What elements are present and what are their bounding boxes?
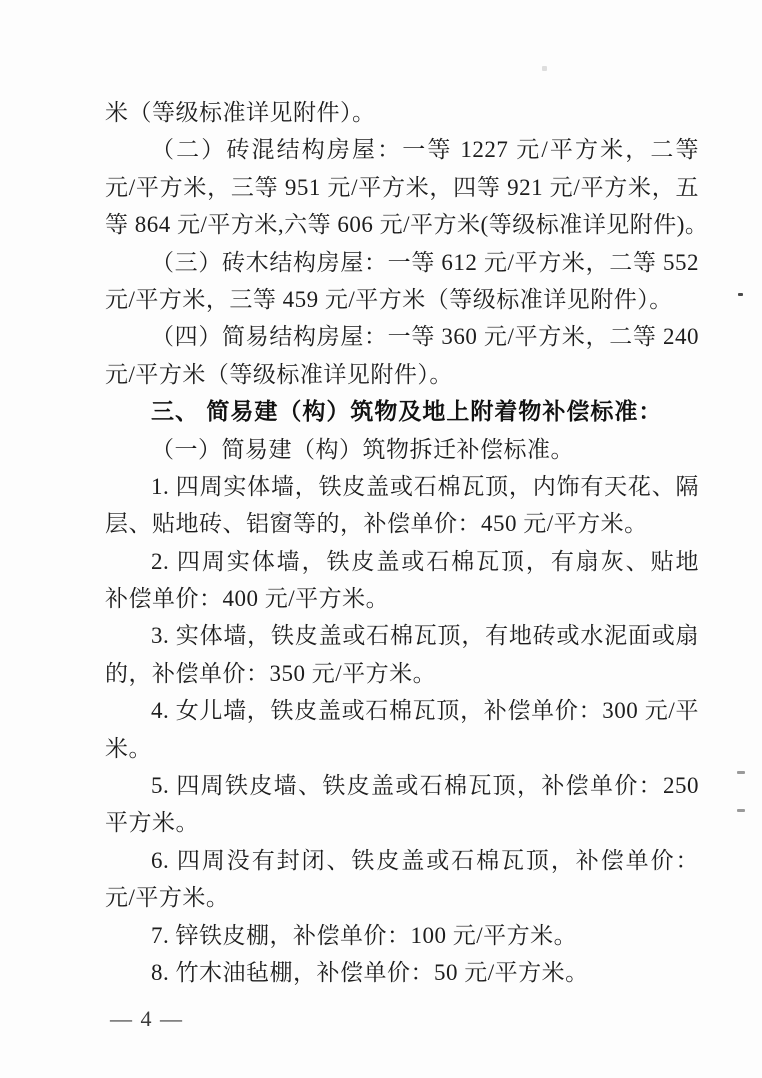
doc-line: 元/平方米。 [105, 879, 699, 916]
doc-line: 的，补偿单价：350 元/平方米。 [105, 655, 699, 692]
doc-line: （二）砖混结构房屋：一等 1227 元/平方米，二等 990 [105, 131, 699, 168]
doc-line: 米。 [105, 730, 699, 767]
doc-line: （一）简易建（构）筑物拆迁补偿标准。 [105, 431, 699, 468]
doc-line: （三）砖木结构房屋：一等 612 元/平方米，二等 552 [105, 244, 699, 281]
doc-line: 元/平方米，三等 459 元/平方米（等级标准详见附件）。 [105, 281, 699, 318]
doc-line: 7. 锌铁皮棚，补偿单价：100 元/平方米。 [105, 917, 699, 954]
scan-speck [737, 771, 745, 774]
scan-speck [738, 293, 743, 296]
doc-line: 层、贴地砖、铝窗等的，补偿单价：450 元/平方米。 [105, 505, 699, 542]
doc-line: （四）简易结构房屋：一等 360 元/平方米，二等 240 [105, 318, 699, 355]
doc-line: 平方米。 [105, 804, 699, 841]
page-number: — 4 — [110, 1004, 184, 1034]
doc-line: 8. 竹木油毡棚，补偿单价：50 元/平方米。 [105, 954, 699, 991]
doc-line: 米（等级标准详见附件）。 [105, 94, 699, 131]
scan-speck [542, 66, 547, 71]
doc-line: 3. 实体墙，铁皮盖或石棉瓦顶，有地砖或水泥面或扇灰 [105, 617, 699, 654]
doc-line: 元/平方米，三等 951 元/平方米，四等 921 元/平方米，五 [105, 169, 699, 206]
scanned-document-page: 米（等级标准详见附件）。 （二）砖混结构房屋：一等 1227 元/平方米，二等 … [0, 0, 762, 1078]
doc-line: 等 864 元/平方米,六等 606 元/平方米(等级标准详见附件)。 [105, 206, 699, 243]
doc-line: 5. 四周铁皮墙、铁皮盖或石棉瓦顶，补偿单价：250 元/ [105, 767, 699, 804]
document-body: 米（等级标准详见附件）。 （二）砖混结构房屋：一等 1227 元/平方米，二等 … [105, 94, 699, 991]
doc-line: 2. 四周实体墙，铁皮盖或石棉瓦顶，有扇灰、贴地砖， [105, 543, 699, 580]
doc-line: 元/平方米（等级标准详见附件）。 [105, 356, 699, 393]
section-heading: 三、 简易建（构）筑物及地上附着物补偿标准： [105, 393, 699, 430]
scan-speck [737, 809, 745, 812]
doc-line: 1. 四周实体墙，铁皮盖或石棉瓦顶，内饰有天花、隔热 [105, 468, 699, 505]
doc-line: 6. 四周没有封闭、铁皮盖或石棉瓦顶，补偿单价：200 [105, 842, 699, 879]
doc-line: 补偿单价：400 元/平方米。 [105, 580, 699, 617]
doc-line: 4. 女儿墙，铁皮盖或石棉瓦顶，补偿单价：300 元/平方 [105, 692, 699, 729]
